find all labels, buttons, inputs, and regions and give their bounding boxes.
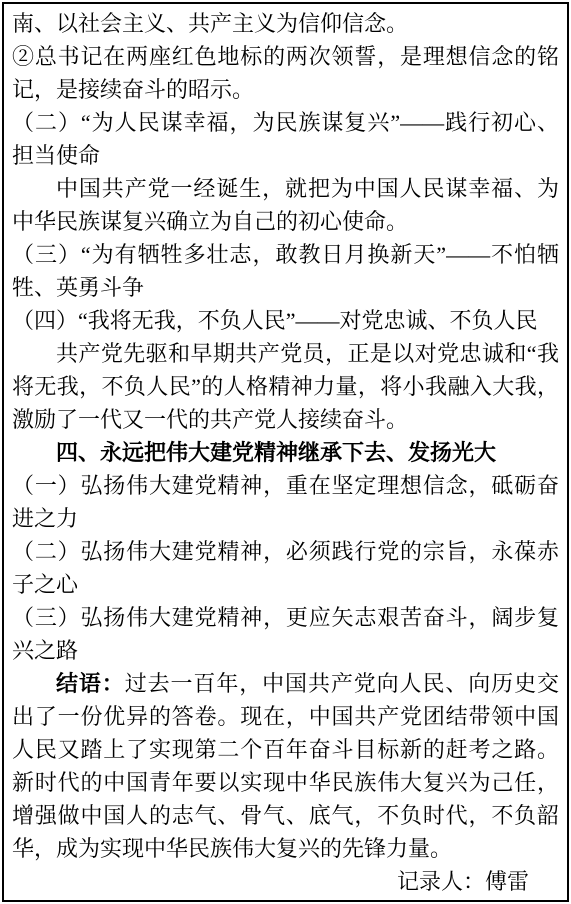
heading-point-3: （三）弘扬伟大建党精神，更应矢志艰苦奋斗，阔步复兴之路 xyxy=(12,601,559,667)
heading-section-4: 四、永远把伟大建党精神继承下去、发扬光大 xyxy=(12,436,559,469)
conclusion-body-text: 过去一百年，中国共产党向人民、向历史交出了一份优异的答卷。现在，中国共产党团结带… xyxy=(12,671,559,861)
document-page: 南、以社会主义、共产主义为信仰信念。 ②总书记在两座红色地标的两次领誓，是理想信… xyxy=(2,2,569,902)
heading-subsection-4: （四）“我将无我，不负人民”——对党忠诚、不负人民 xyxy=(12,304,559,337)
heading-subsection-3: （三）“为有牺牲多壮志，敢教日月换新天”——不怕牺牲、英勇斗争 xyxy=(12,238,559,304)
para-body-origin-mission: 中国共产党一经诞生，就把为中国人民谋幸福、为中华民族谋复兴确立为自己的初心使命。 xyxy=(12,172,559,238)
conclusion-lead-label: 结语： xyxy=(56,671,125,696)
para-note-circled-2: ②总书记在两座红色地标的两次领誓，是理想信念的铭记，是接续奋斗的昭示。 xyxy=(12,40,559,106)
recorder-signature: 记录人：傅雷 xyxy=(12,865,559,898)
heading-point-2: （二）弘扬伟大建党精神，必须践行党的宗旨，永葆赤子之心 xyxy=(12,535,559,601)
heading-subsection-2: （二）“为人民谋幸福，为民族谋复兴”——践行初心、担当使命 xyxy=(12,106,559,172)
heading-point-1: （一）弘扬伟大建党精神，重在坚定理想信念，砥砺奋进之力 xyxy=(12,469,559,535)
para-conclusion: 结语：过去一百年，中国共产党向人民、向历史交出了一份优异的答卷。现在，中国共产党… xyxy=(12,667,559,865)
para-body-loyalty: 共产党先驱和早期共产党员，正是以对党忠诚和“我将无我，不负人民”的人格精神力量，… xyxy=(12,337,559,436)
para-continuation: 南、以社会主义、共产主义为信仰信念。 xyxy=(12,7,559,40)
